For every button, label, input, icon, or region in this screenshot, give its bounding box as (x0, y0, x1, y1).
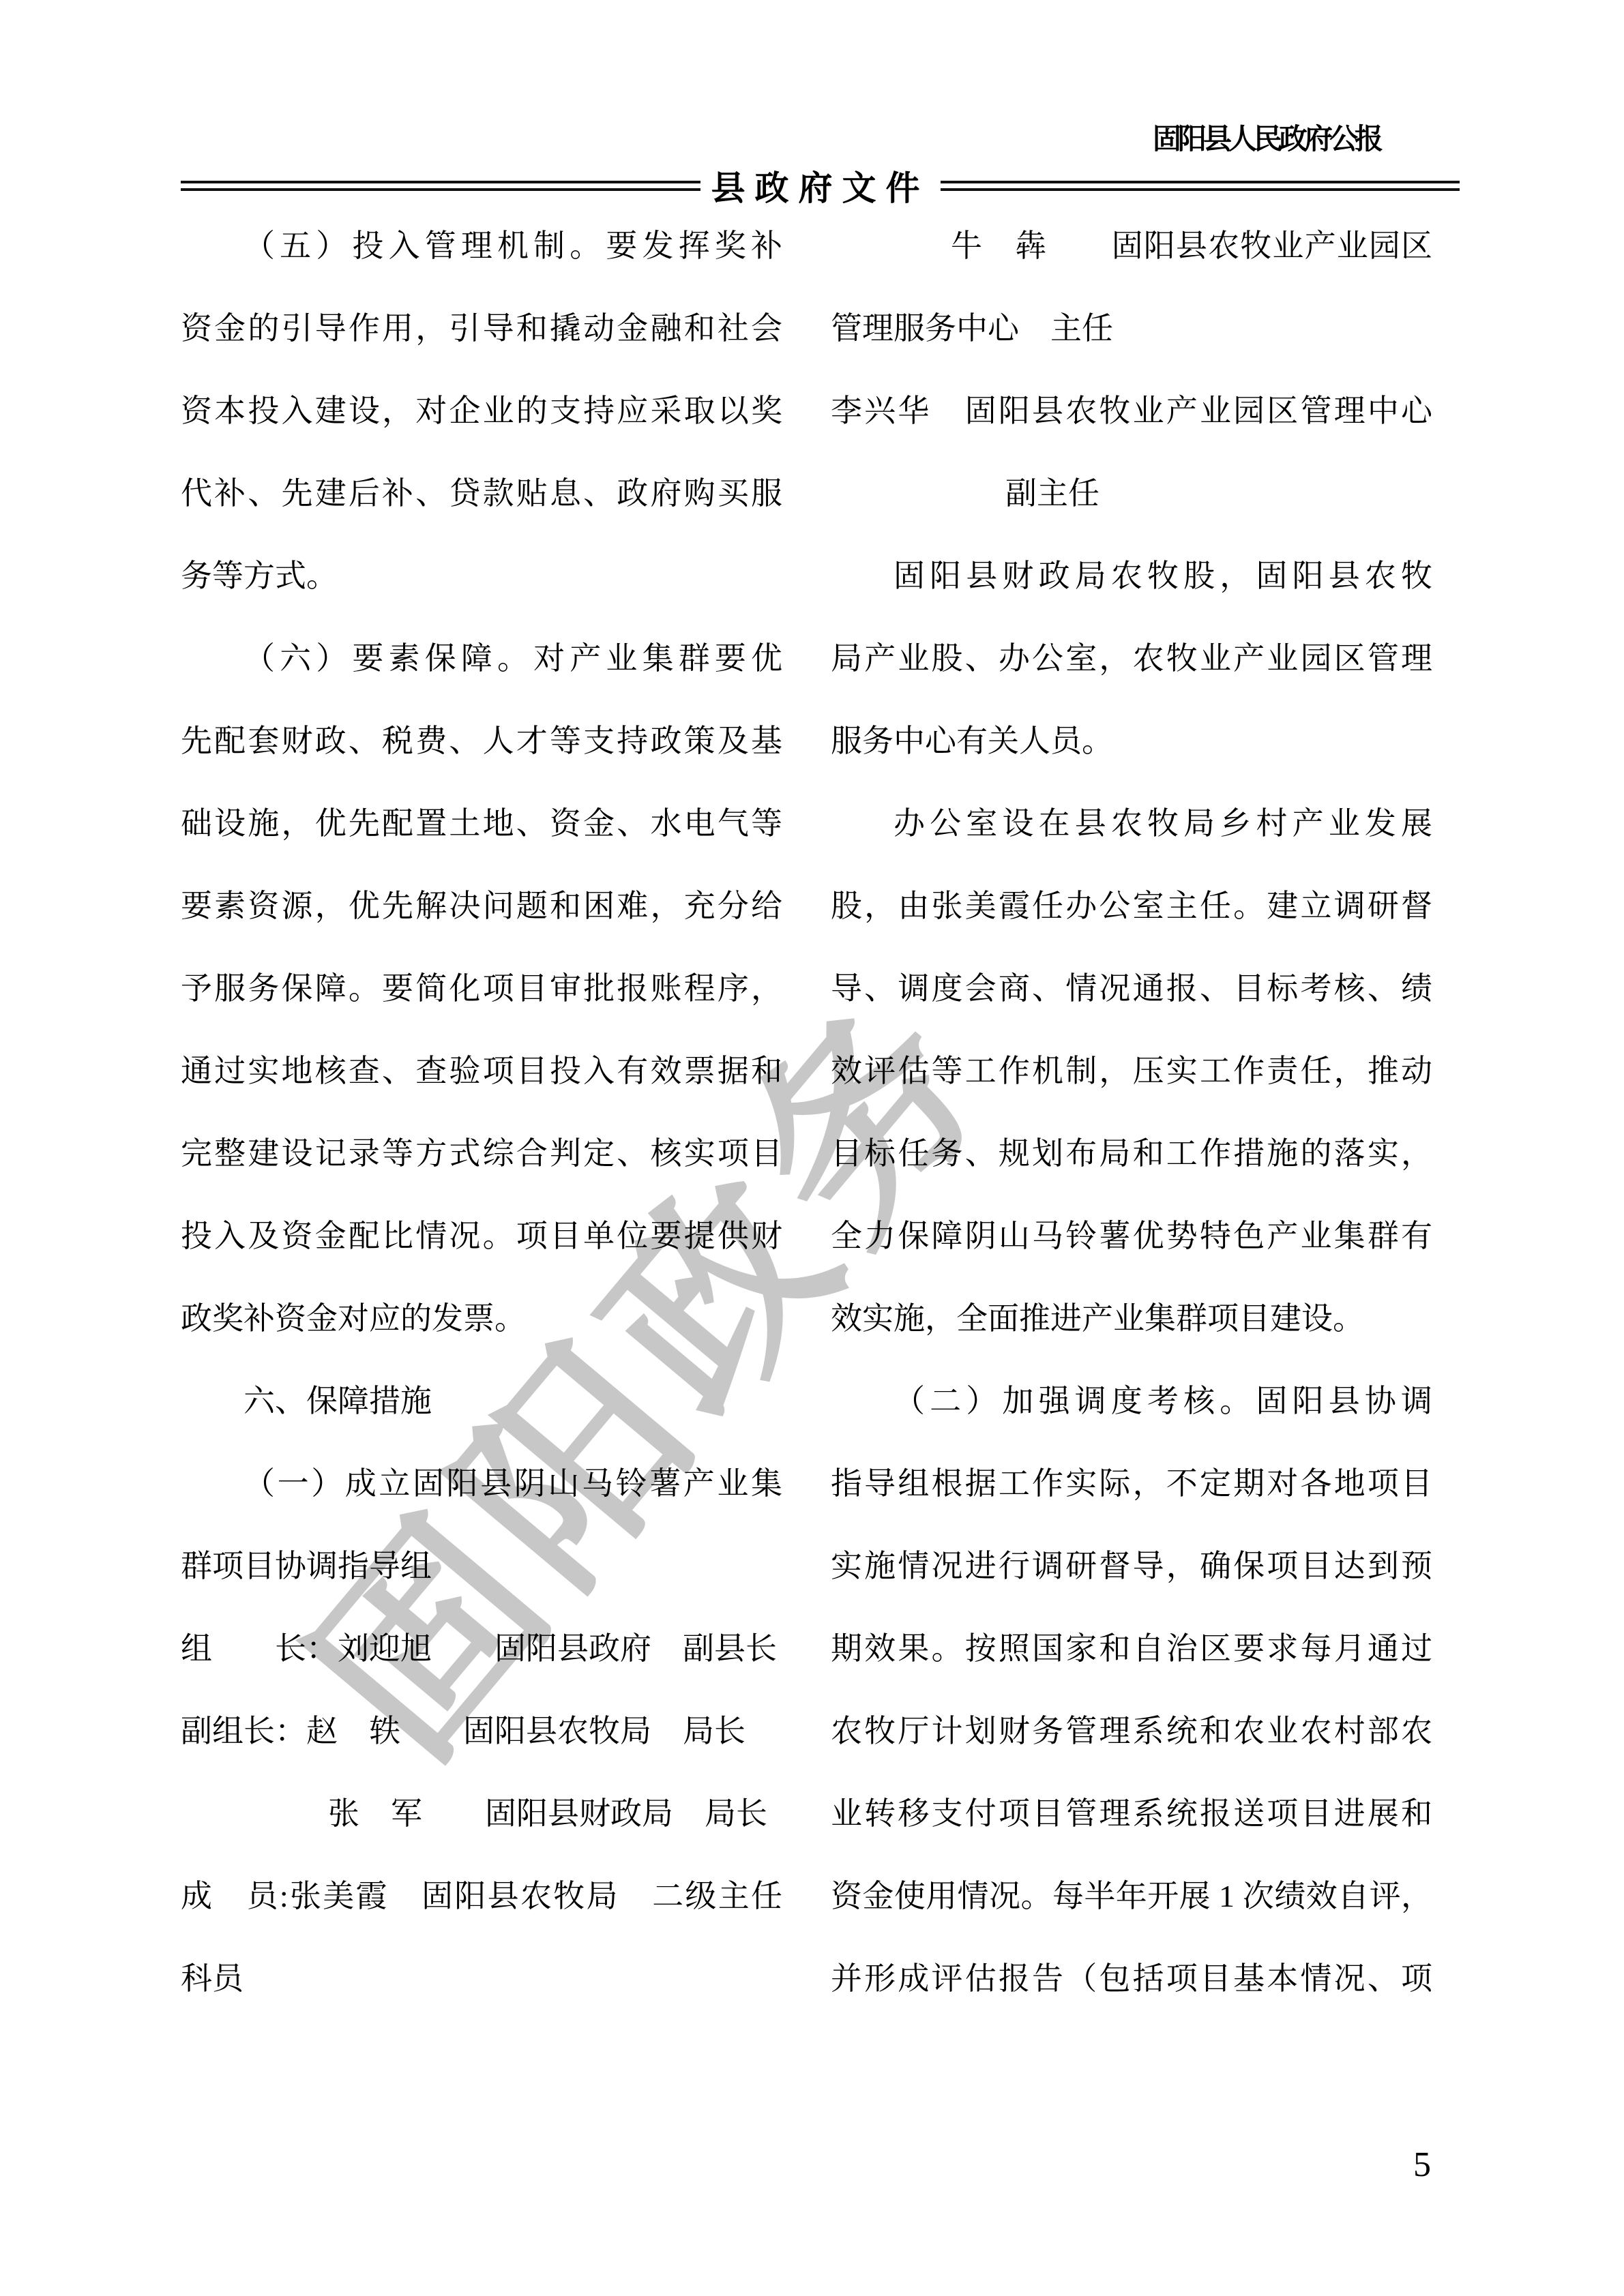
text-line: 通过实地核查、查验项目投入有效票据和 (181, 1030, 782, 1112)
text-line: 目标任务、规划布局和工作措施的落实， (831, 1112, 1432, 1195)
band-rule-left (181, 181, 700, 191)
text-line: 办公室设在县农牧局乡村产业发展 (831, 782, 1432, 865)
text-line: 予服务保障。要简化项目审批报账程序， (181, 947, 782, 1030)
text-line: 成 员:张美霞 固阳县农牧局 二级主任 (181, 1855, 782, 1937)
text-line: 管理服务中心 主任 (831, 287, 1432, 370)
band-label: 县政府文件 (700, 161, 941, 210)
text-line: 股，由张美霞任办公室主任。建立调研督 (831, 865, 1432, 947)
text-line: （六）要素保障。对产业集群要优 (181, 617, 782, 700)
text-line: 务等方式。 (181, 535, 782, 617)
right-column: 牛 犇 固阳县农牧业产业园区管理服务中心 主任李兴华 固阳县农牧业产业园区管理中… (831, 205, 1432, 2020)
text-line: 六、保障措施 (181, 1360, 782, 1442)
gazette-title: 固阳县人民政府公报 (1153, 123, 1380, 157)
text-line: 科员 (181, 1937, 782, 2020)
text-line: 服务中心有关人员。 (831, 700, 1432, 782)
text-line: 期效果。按照国家和自治区要求每月通过 (831, 1607, 1432, 1690)
page-number: 5 (1413, 2145, 1431, 2185)
text-line: （五）投入管理机制。要发挥奖补 (181, 205, 782, 287)
text-line: 副主任 (831, 452, 1432, 535)
left-column: （五）投入管理机制。要发挥奖补资金的引导作用，引导和撬动金融和社会资本投入建设，… (181, 205, 782, 2020)
text-line: 效评估等工作机制，压实工作责任，推动 (831, 1030, 1432, 1112)
text-line: 固阳县财政局农牧股，固阳县农牧 (831, 535, 1432, 617)
document-page: 固阳县人民政府公报 县政府文件 固阳政务 （五）投入管理机制。要发挥奖补资金的引… (0, 0, 1624, 2296)
text-line: 李兴华 固阳县农牧业产业园区管理中心 (831, 370, 1432, 452)
text-line: 局产业股、办公室，农牧业产业园区管理 (831, 617, 1432, 700)
text-line: （一）成立固阳县阴山马铃薯产业集 (181, 1442, 782, 1525)
text-line: 农牧厅计划财务管理系统和农业农村部农 (831, 1690, 1432, 1772)
text-line: 并形成评估报告（包括项目基本情况、项 (831, 1937, 1432, 2020)
document-body: （五）投入管理机制。要发挥奖补资金的引导作用，引导和撬动金融和社会资本投入建设，… (181, 205, 1432, 2020)
text-line: 群项目协调指导组 (181, 1525, 782, 1607)
header-band: 县政府文件 (181, 164, 1460, 207)
text-line: 副组长：赵 轶 固阳县农牧局 局长 (181, 1690, 782, 1772)
text-line: 先配套财政、税费、人才等支持政策及基 (181, 700, 782, 782)
text-line: 要素资源，优先解决问题和困难，充分给 (181, 865, 782, 947)
band-rule-right (941, 181, 1460, 191)
text-line: 政奖补资金对应的发票。 (181, 1277, 782, 1360)
text-line: 导、调度会商、情况通报、目标考核、绩 (831, 947, 1432, 1030)
text-line: 组 长：刘迎旭 固阳县政府 副县长 (181, 1607, 782, 1690)
text-line: 资金使用情况。每半年开展 1 次绩效自评， (831, 1855, 1432, 1937)
text-line: 全力保障阴山马铃薯优势特色产业集群有 (831, 1195, 1432, 1277)
text-line: 资本投入建设，对企业的支持应采取以奖 (181, 370, 782, 452)
text-line: 投入及资金配比情况。项目单位要提供财 (181, 1195, 782, 1277)
text-line: 完整建设记录等方式综合判定、核实项目 (181, 1112, 782, 1195)
text-line: （二）加强调度考核。固阳县协调 (831, 1360, 1432, 1442)
text-line: 张 军 固阳县财政局 局长 (181, 1772, 782, 1855)
text-line: 础设施，优先配置土地、资金、水电气等 (181, 782, 782, 865)
text-line: 实施情况进行调研督导，确保项目达到预 (831, 1525, 1432, 1607)
text-line: 效实施，全面推进产业集群项目建设。 (831, 1277, 1432, 1360)
text-line: 业转移支付项目管理系统报送项目进展和 (831, 1772, 1432, 1855)
text-line: 资金的引导作用，引导和撬动金融和社会 (181, 287, 782, 370)
text-line: 指导组根据工作实际，不定期对各地项目 (831, 1442, 1432, 1525)
text-line: 代补、先建后补、贷款贴息、政府购买服 (181, 452, 782, 535)
text-line: 牛 犇 固阳县农牧业产业园区 (831, 205, 1432, 287)
